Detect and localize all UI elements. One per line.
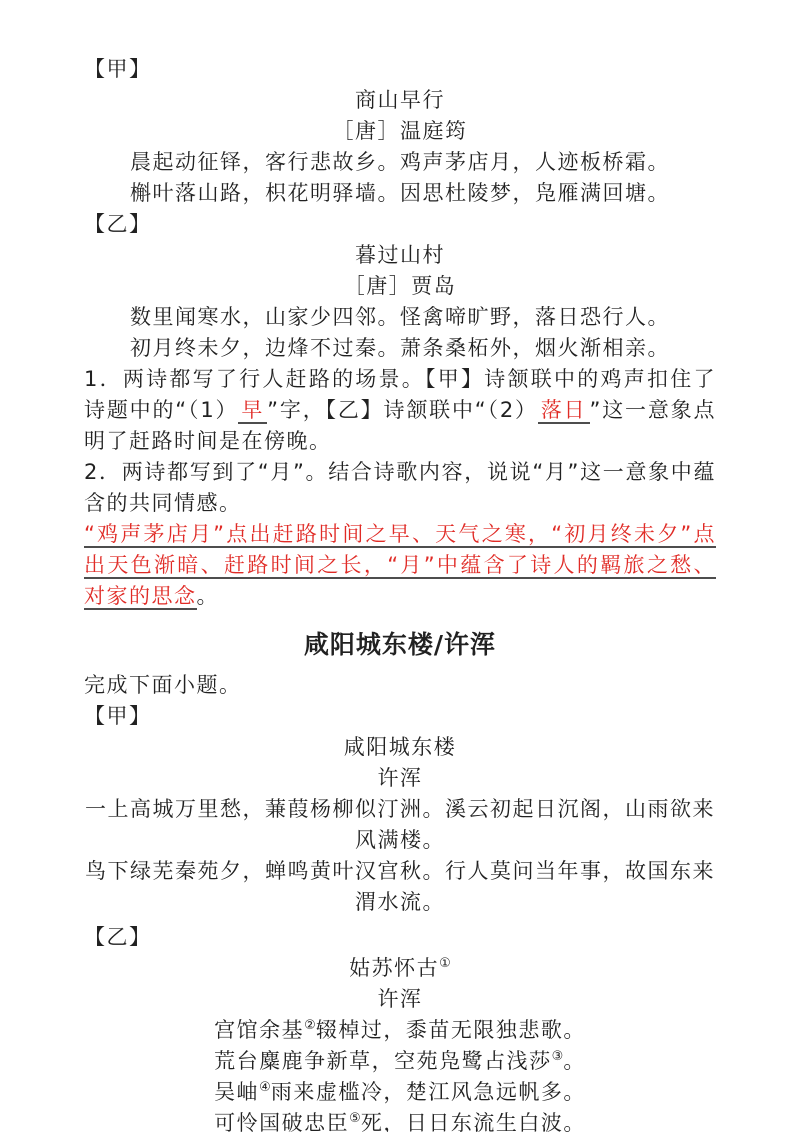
poem-xianyang-stanza: 鸟下绿芜秦苑夕，蝉鸣黄叶汉宫秋。行人莫问当年事，故国东来渭水流。 [84, 856, 716, 918]
part1-label-jia: 【甲】 [84, 54, 716, 85]
poem-gusu-author: 许浑 [84, 984, 716, 1015]
poem-shangshan-line: 晨起动征铎，客行悲故乡。鸡声茅店月，人迹板桥霜。 [84, 147, 716, 178]
poem-shangshan-author: ［唐］温庭筠 [84, 116, 716, 147]
poem-muguo-title: 暮过山村 [84, 240, 716, 271]
question-1-text: ”字，【乙】诗颔联中“（2） [267, 398, 538, 422]
answer-paragraph: “鸡声茅店月”点出赶路时间之早、天气之寒，“初月终未夕”点出天色渐暗、赶路时间之… [84, 519, 716, 612]
answer-period: 。 [197, 584, 220, 608]
poem-gusu-title-text: 姑苏怀古 [349, 956, 439, 980]
poem-xianyang-author: 许浑 [84, 763, 716, 794]
poem-muguo-author: ［唐］贾岛 [84, 271, 716, 302]
poem-gusu-line-text: 。 [563, 1049, 586, 1073]
poem-shangshan-line: 槲叶落山路，枳花明驿墙。因思杜陵梦，凫雁满回塘。 [84, 178, 716, 209]
footnote-marker-4: ④ [259, 1080, 271, 1095]
poem-muguo-line: 数里闻寒水，山家少四邻。怪禽啼旷野，落日恐行人。 [84, 302, 716, 333]
poem-gusu-line-text: 可怜国破忠臣 [214, 1111, 349, 1132]
footnote-marker-3: ③ [552, 1049, 564, 1064]
section-heading: 咸阳城东楼/许浑 [84, 626, 716, 664]
question-1-answer-blank-2: 落日 [538, 398, 590, 424]
poem-muguo-line: 初月终未夕，边烽不过秦。萧条桑柘外，烟火渐相亲。 [84, 333, 716, 364]
intro-text: 完成下面小题。 [84, 670, 716, 701]
poem-gusu-line: 吴岫④雨来虚槛冷，楚江风急远帆多。 [84, 1077, 716, 1108]
poem-xianyang-stanza: 一上高城万里愁，蒹葭杨柳似汀洲。溪云初起日沉阁，山雨欲来风满楼。 [84, 794, 716, 856]
footnote-marker-5: ⑤ [349, 1111, 361, 1126]
poem-gusu-line: 荒台麋鹿争新草，空苑凫鹭占浅莎③。 [84, 1046, 716, 1077]
footnote-marker-1: ① [439, 956, 451, 971]
poem-gusu-line-text: 荒台麋鹿争新草，空苑凫鹭占浅莎 [214, 1049, 552, 1073]
document-page: 【甲】 商山早行 ［唐］温庭筠 晨起动征铎，客行悲故乡。鸡声茅店月，人迹板桥霜。… [0, 0, 800, 1132]
footnote-marker-2: ② [304, 1018, 316, 1033]
question-1: 1．两诗都写了行人赶路的场景。【甲】诗颔联中的鸡声扣住了诗题中的“（1）早”字，… [84, 364, 716, 457]
answer-red-text: “鸡声茅店月”点出赶路时间之早、天气之寒，“初月终未夕”点出天色渐暗、赶路时间之… [84, 522, 716, 610]
question-1-answer-blank-1: 早 [238, 398, 267, 424]
poem-gusu-line-text: 雨来虚槛冷，楚江风急远帆多。 [271, 1080, 586, 1104]
poem-gusu-line: 宫馆余基②辍棹过，黍苗无限独悲歌。 [84, 1015, 716, 1046]
poem-gusu-line: 可怜国破忠臣⑤死，日日东流生白波。 [84, 1108, 716, 1132]
poem-gusu-title: 姑苏怀古① [84, 953, 716, 984]
part2-label-yi: 【乙】 [84, 922, 716, 953]
poem-gusu-line-text: 辍棹过，黍苗无限独悲歌。 [316, 1018, 586, 1042]
part2-label-jia: 【甲】 [84, 701, 716, 732]
question-2: 2．两诗都写到了“月”。结合诗歌内容，说说“月”这一意象中蕴含的共同情感。 [84, 457, 716, 519]
part1-label-yi: 【乙】 [84, 209, 716, 240]
poem-gusu-line-text: 宫馆余基 [214, 1018, 304, 1042]
poem-shangshan-title: 商山早行 [84, 85, 716, 116]
poem-gusu-line-text: 死，日日东流生白波。 [361, 1111, 586, 1132]
poem-xianyang-title: 咸阳城东楼 [84, 732, 716, 763]
poem-gusu-line-text: 吴岫 [214, 1080, 259, 1104]
